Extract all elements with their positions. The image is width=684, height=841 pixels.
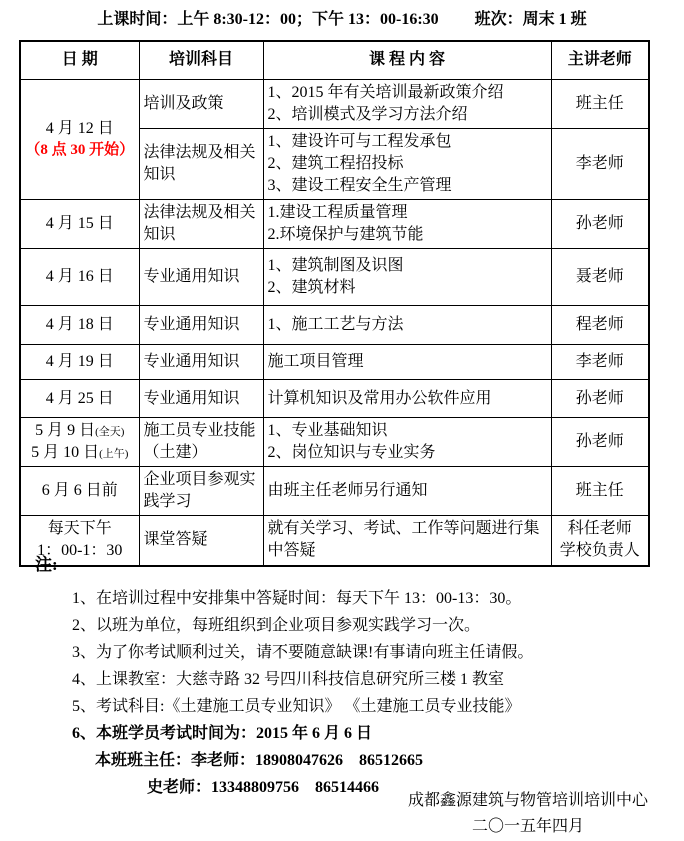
schedule-table: 日 期 培训科目 课 程 内 容 主讲老师 4 月 12 日 （8 点 30 开… (19, 40, 650, 567)
subject-cell: 培训及政策 (139, 79, 263, 128)
content-cell: 1、建筑制图及识图 2、建筑材料 (263, 249, 551, 306)
subject-cell: 施工员专业技能（土建） (139, 418, 263, 467)
class-number-text: 班次：周末 1 班 (475, 6, 587, 29)
date-cell: 4 月 18 日 (20, 306, 139, 345)
col-header-subject: 培训科目 (139, 41, 263, 79)
class-time-text: 上课时间：上午 8:30-12：00；下午 13：00-16:30 (97, 6, 438, 29)
subject-cell: 专业通用知识 (139, 345, 263, 380)
date-cell: 6 月 6 日前 (20, 467, 139, 516)
teacher-cell: 聂老师 (551, 249, 649, 306)
date-main: 5 月 10 日 (31, 444, 99, 461)
teacher-cell: 李老师 (551, 128, 649, 199)
subject-cell: 法律法规及相关知识 (139, 128, 263, 199)
note-item-1: 1、在培训过程中安排集中答疑时间：每天下午 13：00-13：30。 (72, 585, 684, 612)
table-row: 4 月 12 日 （8 点 30 开始） 培训及政策 1、2015 年有关培训最… (20, 79, 649, 128)
content-cell: 1、建设许可与工程发承包 2、建筑工程招投标 3、建设工程安全生产管理 (263, 128, 551, 199)
signature-date: 二〇一五年四月 (408, 814, 648, 840)
content-cell: 施工项目管理 (263, 345, 551, 380)
date-cell: 4 月 19 日 (20, 345, 139, 380)
notes-section: 注: 1、在培训过程中安排集中答疑时间：每天下午 13：00-13：30。 2、… (0, 551, 684, 801)
table-row: 5 月 9 日(全天) 5 月 10 日(上午) 施工员专业技能（土建） 1、专… (20, 418, 649, 467)
date-cell: 4 月 16 日 (20, 249, 139, 306)
content-cell: 由班主任老师另行通知 (263, 467, 551, 516)
head-teacher-line: 本班班主任：李老师：18908047626 86512665 (95, 747, 684, 774)
footer-signature: 成都鑫源建筑与物管培训培训中心 二〇一五年四月 (408, 788, 648, 840)
table-row: 4 月 25 日 专业通用知识 计算机知识及常用办公软件应用 孙老师 (20, 380, 649, 418)
table-row: 4 月 18 日 专业通用知识 1、施工工艺与方法 程老师 (20, 306, 649, 345)
date-small-note: (上午) (99, 448, 128, 460)
date-start-note: （8 点 30 开始） (25, 140, 135, 161)
teacher-cell: 孙老师 (551, 380, 649, 418)
subject-cell: 专业通用知识 (139, 380, 263, 418)
note-item-6: 6、本班学员考试时间为：2015 年 6 月 6 日 (72, 720, 684, 747)
table-row: 4 月 15 日 法律法规及相关知识 1.建设工程质量管理 2.环境保护与建筑节… (20, 199, 649, 248)
date-cell: 4 月 25 日 (20, 380, 139, 418)
table-header-row: 日 期 培训科目 课 程 内 容 主讲老师 (20, 41, 649, 79)
teacher-cell: 班主任 (551, 467, 649, 516)
document-page: 上课时间：上午 8:30-12：00；下午 13：00-16:30 班次：周末 … (0, 0, 684, 841)
class-time-line: 上课时间：上午 8:30-12：00；下午 13：00-16:30 班次：周末 … (0, 6, 684, 29)
date-cell: 5 月 9 日(全天) 5 月 10 日(上午) (20, 418, 139, 467)
organization-name: 成都鑫源建筑与物管培训培训中心 (408, 788, 648, 814)
content-cell: 1、2015 年有关培训最新政策介绍 2、培训模式及学习方法介绍 (263, 79, 551, 128)
content-cell: 1、专业基础知识 2、岗位知识与专业实务 (263, 418, 551, 467)
teacher-cell: 班主任 (551, 79, 649, 128)
subject-cell: 专业通用知识 (139, 306, 263, 345)
date-cell: 4 月 15 日 (20, 199, 139, 248)
date-text: 4 月 12 日 (25, 118, 135, 140)
date-small-note: (全天) (95, 426, 124, 438)
table-row: 4 月 19 日 专业通用知识 施工项目管理 李老师 (20, 345, 649, 380)
col-header-content: 课 程 内 容 (263, 41, 551, 79)
date-main: 5 月 9 日 (35, 422, 95, 439)
content-cell: 计算机知识及常用办公软件应用 (263, 380, 551, 418)
subject-cell: 专业通用知识 (139, 249, 263, 306)
note-item-2: 2、以班为单位，每班组织到企业项目参观实践学习一次。 (72, 612, 684, 639)
table-row: 4 月 16 日 专业通用知识 1、建筑制图及识图 2、建筑材料 聂老师 (20, 249, 649, 306)
teacher-cell: 李老师 (551, 345, 649, 380)
teacher-cell: 孙老师 (551, 199, 649, 248)
content-cell: 1.建设工程质量管理 2.环境保护与建筑节能 (263, 199, 551, 248)
content-cell: 1、施工工艺与方法 (263, 306, 551, 345)
note-item-5: 5、考试科目:《土建施工员专业知识》 《土建施工员专业技能》 (72, 693, 684, 720)
notes-label: 注: (35, 551, 684, 579)
note-item-3: 3、为了你考试顺利过关，请不要随意缺课!有事请向班主任请假。 (72, 639, 684, 666)
col-header-date: 日 期 (20, 41, 139, 79)
teacher-cell: 孙老师 (551, 418, 649, 467)
note-item-4: 4、上课教室：大慈寺路 32 号四川科技信息研究所三楼 1 教室 (72, 666, 684, 693)
subject-cell: 企业项目参观实践学习 (139, 467, 263, 516)
date-line-1: 5 月 9 日(全天) (25, 420, 135, 442)
date-line-2: 5 月 10 日(上午) (25, 442, 135, 464)
teacher-cell: 程老师 (551, 306, 649, 345)
date-cell: 4 月 12 日 （8 点 30 开始） (20, 79, 139, 199)
table-row: 6 月 6 日前 企业项目参观实践学习 由班主任老师另行通知 班主任 (20, 467, 649, 516)
subject-cell: 法律法规及相关知识 (139, 199, 263, 248)
col-header-teacher: 主讲老师 (551, 41, 649, 79)
